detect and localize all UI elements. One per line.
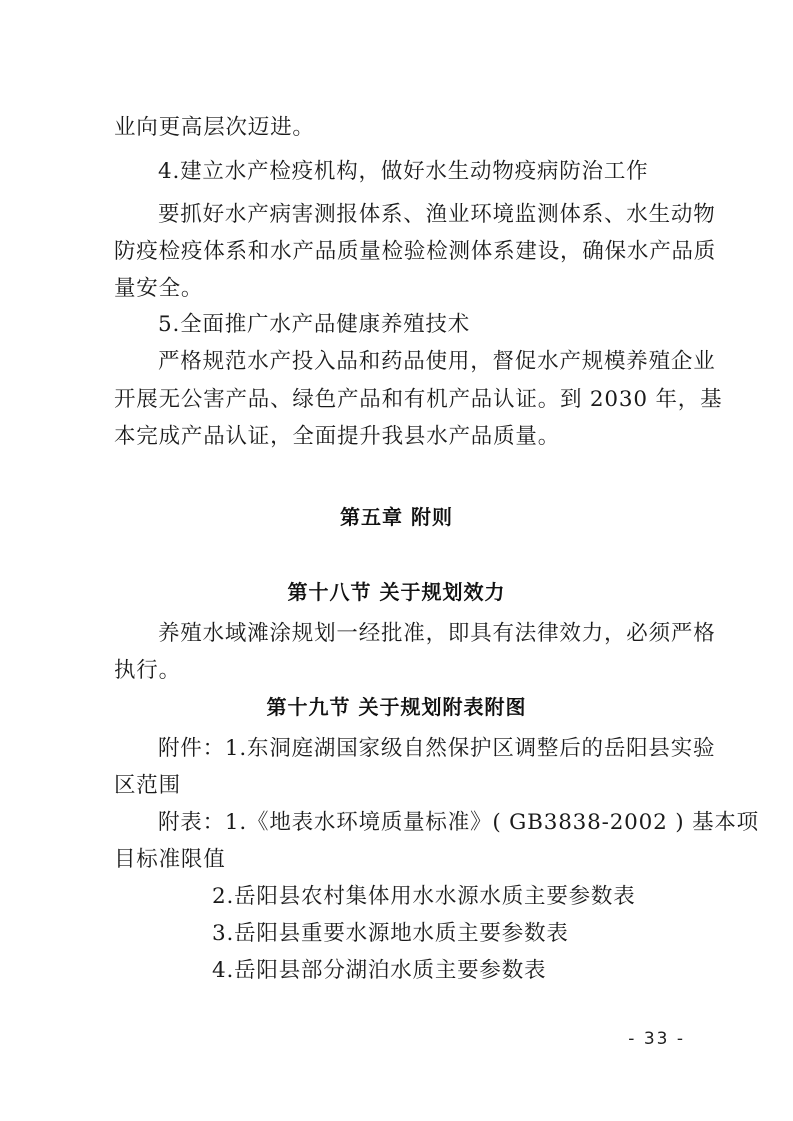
table-item: 2.岳阳县农村集体用水水源水质主要参数表 <box>212 883 772 911</box>
paragraph-line: 要抓好水产病害测报体系、渔业环境监测体系、水生动物 <box>158 201 718 229</box>
section-18-line: 养殖水域滩涂规划一经批准，即具有法律效力，必须严格 <box>158 620 718 648</box>
table-item: 4.岳阳县部分湖泊水质主要参数表 <box>212 957 772 985</box>
table-item: 3.岳阳县重要水源地水质主要参数表 <box>212 920 772 948</box>
paragraph-line: 量安全。 <box>114 275 674 303</box>
paragraph-line: 开展无公害产品、绿色产品和有机产品认证。到 2030 年，基 <box>114 386 674 414</box>
paragraph-line: 本完成产品认证，全面提升我县水产品质量。 <box>114 423 674 451</box>
item-heading-4: 4.建立水产检疫机构，做好水生动物疫病防治工作 <box>158 158 718 186</box>
section-18-title: 第十八节 关于规划效力 <box>0 578 793 606</box>
paragraph-continuation: 业向更高层次迈进。 <box>114 114 674 142</box>
paragraph-line: 防疫检疫体系和水产品质量检验检测体系建设，确保水产品质 <box>114 238 674 266</box>
section-19-title: 第十九节 关于规划附表附图 <box>0 693 793 721</box>
attachment-line: 区范围 <box>114 772 674 800</box>
table-list-line: 目标准限值 <box>114 846 674 874</box>
item-heading-5: 5.全面推广水产品健康养殖技术 <box>158 311 718 339</box>
chapter-title: 第五章 附则 <box>0 503 793 531</box>
table-list-line: 附表：1.《地表水环境质量标准》( GB3838-2002 ) 基本项 <box>158 809 718 837</box>
document-page: 业向更高层次迈进。 4.建立水产检疫机构，做好水生动物疫病防治工作 要抓好水产病… <box>0 0 793 1121</box>
attachment-line: 附件：1.东洞庭湖国家级自然保护区调整后的岳阳县实验 <box>158 735 718 763</box>
section-18-line: 执行。 <box>114 657 674 685</box>
paragraph-line: 严格规范水产投入品和药品使用，督促水产规模养殖企业 <box>158 348 718 376</box>
page-number: - 33 - <box>628 1029 685 1049</box>
